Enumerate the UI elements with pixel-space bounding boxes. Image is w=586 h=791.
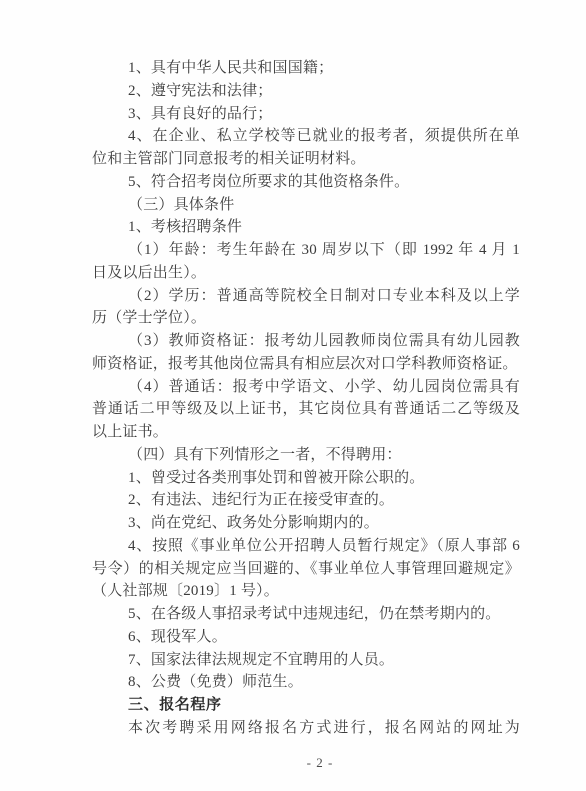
document-text-block: 1、具有中华人民共和国国籍； 2、遵守宪法和法律； 3、具有良好的品行； 4、在… xyxy=(92,57,520,740)
doc-heading-disqualifications: （四）具有下列情形之一者，不得聘用： xyxy=(92,444,520,467)
doc-line-constitution: 2、遵守宪法和法律； xyxy=(92,80,520,103)
doc-heading-registration-procedure: 三、报名程序 xyxy=(92,694,520,717)
doc-line-law-prohibited: 7、国家法律法规规定不宜聘用的人员。 xyxy=(92,649,520,672)
doc-line-disciplinary-period: 3、尚在党纪、政务处分影响期内的。 xyxy=(92,512,520,535)
doc-line-assessment-recruitment: 1、考核招聘条件 xyxy=(92,216,520,239)
doc-line-criminal-punishment: 1、曾受过各类刑事处罚和曾被开除公职的。 xyxy=(92,467,520,490)
doc-line-mandarin-3: 以上证书。 xyxy=(92,421,520,444)
doc-line-age-2: 日及以后出生）。 xyxy=(92,262,520,285)
doc-line-age-1: （1）年龄：考生年龄在 30 周岁以下（即 1992 年 4 月 1 xyxy=(92,239,520,262)
doc-line-education-2: 历（学士学位）。 xyxy=(92,307,520,330)
doc-line-avoidance-rule-1: 4、按照《事业单位公开招聘人员暂行规定》（原人事部 6 xyxy=(92,535,520,558)
doc-line-online-registration: 本次考聘采用网络报名方式进行，报名网站的网址为 xyxy=(92,717,520,740)
doc-line-public-funded-students: 8、公费（免费）师范生。 xyxy=(92,671,520,694)
doc-line-other-qualifications: 5、符合招考岗位所要求的其他资格条件。 xyxy=(92,171,520,194)
doc-line-nationality: 1、具有中华人民共和国国籍； xyxy=(92,57,520,80)
doc-line-conduct: 3、具有良好的品行； xyxy=(92,103,520,126)
document-page: 1、具有中华人民共和国国籍； 2、遵守宪法和法律； 3、具有良好的品行； 4、在… xyxy=(0,0,586,791)
doc-line-under-investigation: 2、有违法、违纪行为正在接受审查的。 xyxy=(92,489,520,512)
doc-line-teacher-cert-2: 师资格证，报考其他岗位需具有相应层次对口学科教师资格证。 xyxy=(92,353,520,376)
doc-line-employed-applicants-2: 位和主管部门同意报考的相关证明材料。 xyxy=(92,148,520,171)
page-number: - 2 - xyxy=(307,755,334,771)
doc-line-education-1: （2）学历：普通高等院校全日制对口专业本科及以上学 xyxy=(92,285,520,308)
doc-line-teacher-cert-1: （3）教师资格证：报考幼儿园教师岗位需具有幼儿园教 xyxy=(92,330,520,353)
doc-line-employed-applicants-1: 4、在企业、私立学校等已就业的报考者，须提供所在单 xyxy=(92,125,520,148)
doc-line-active-military: 6、现役军人。 xyxy=(92,626,520,649)
doc-line-mandarin-1: （4）普通话：报考中学语文、小学、幼儿园岗位需具有 xyxy=(92,376,520,399)
doc-line-exam-ban: 5、在各级人事招录考试中违规违纪，仍在禁考期内的。 xyxy=(92,603,520,626)
doc-line-avoidance-rule-3: （人社部规〔2019〕1 号）。 xyxy=(92,580,520,603)
doc-line-avoidance-rule-2: 号令）的相关规定应当回避的、《事业单位人事管理回避规定》 xyxy=(92,558,520,581)
doc-heading-specific-conditions: （三）具体条件 xyxy=(92,194,520,217)
doc-line-mandarin-2: 普通话二甲等级及以上证书，其它岗位具有普通话二乙等级及 xyxy=(92,398,520,421)
